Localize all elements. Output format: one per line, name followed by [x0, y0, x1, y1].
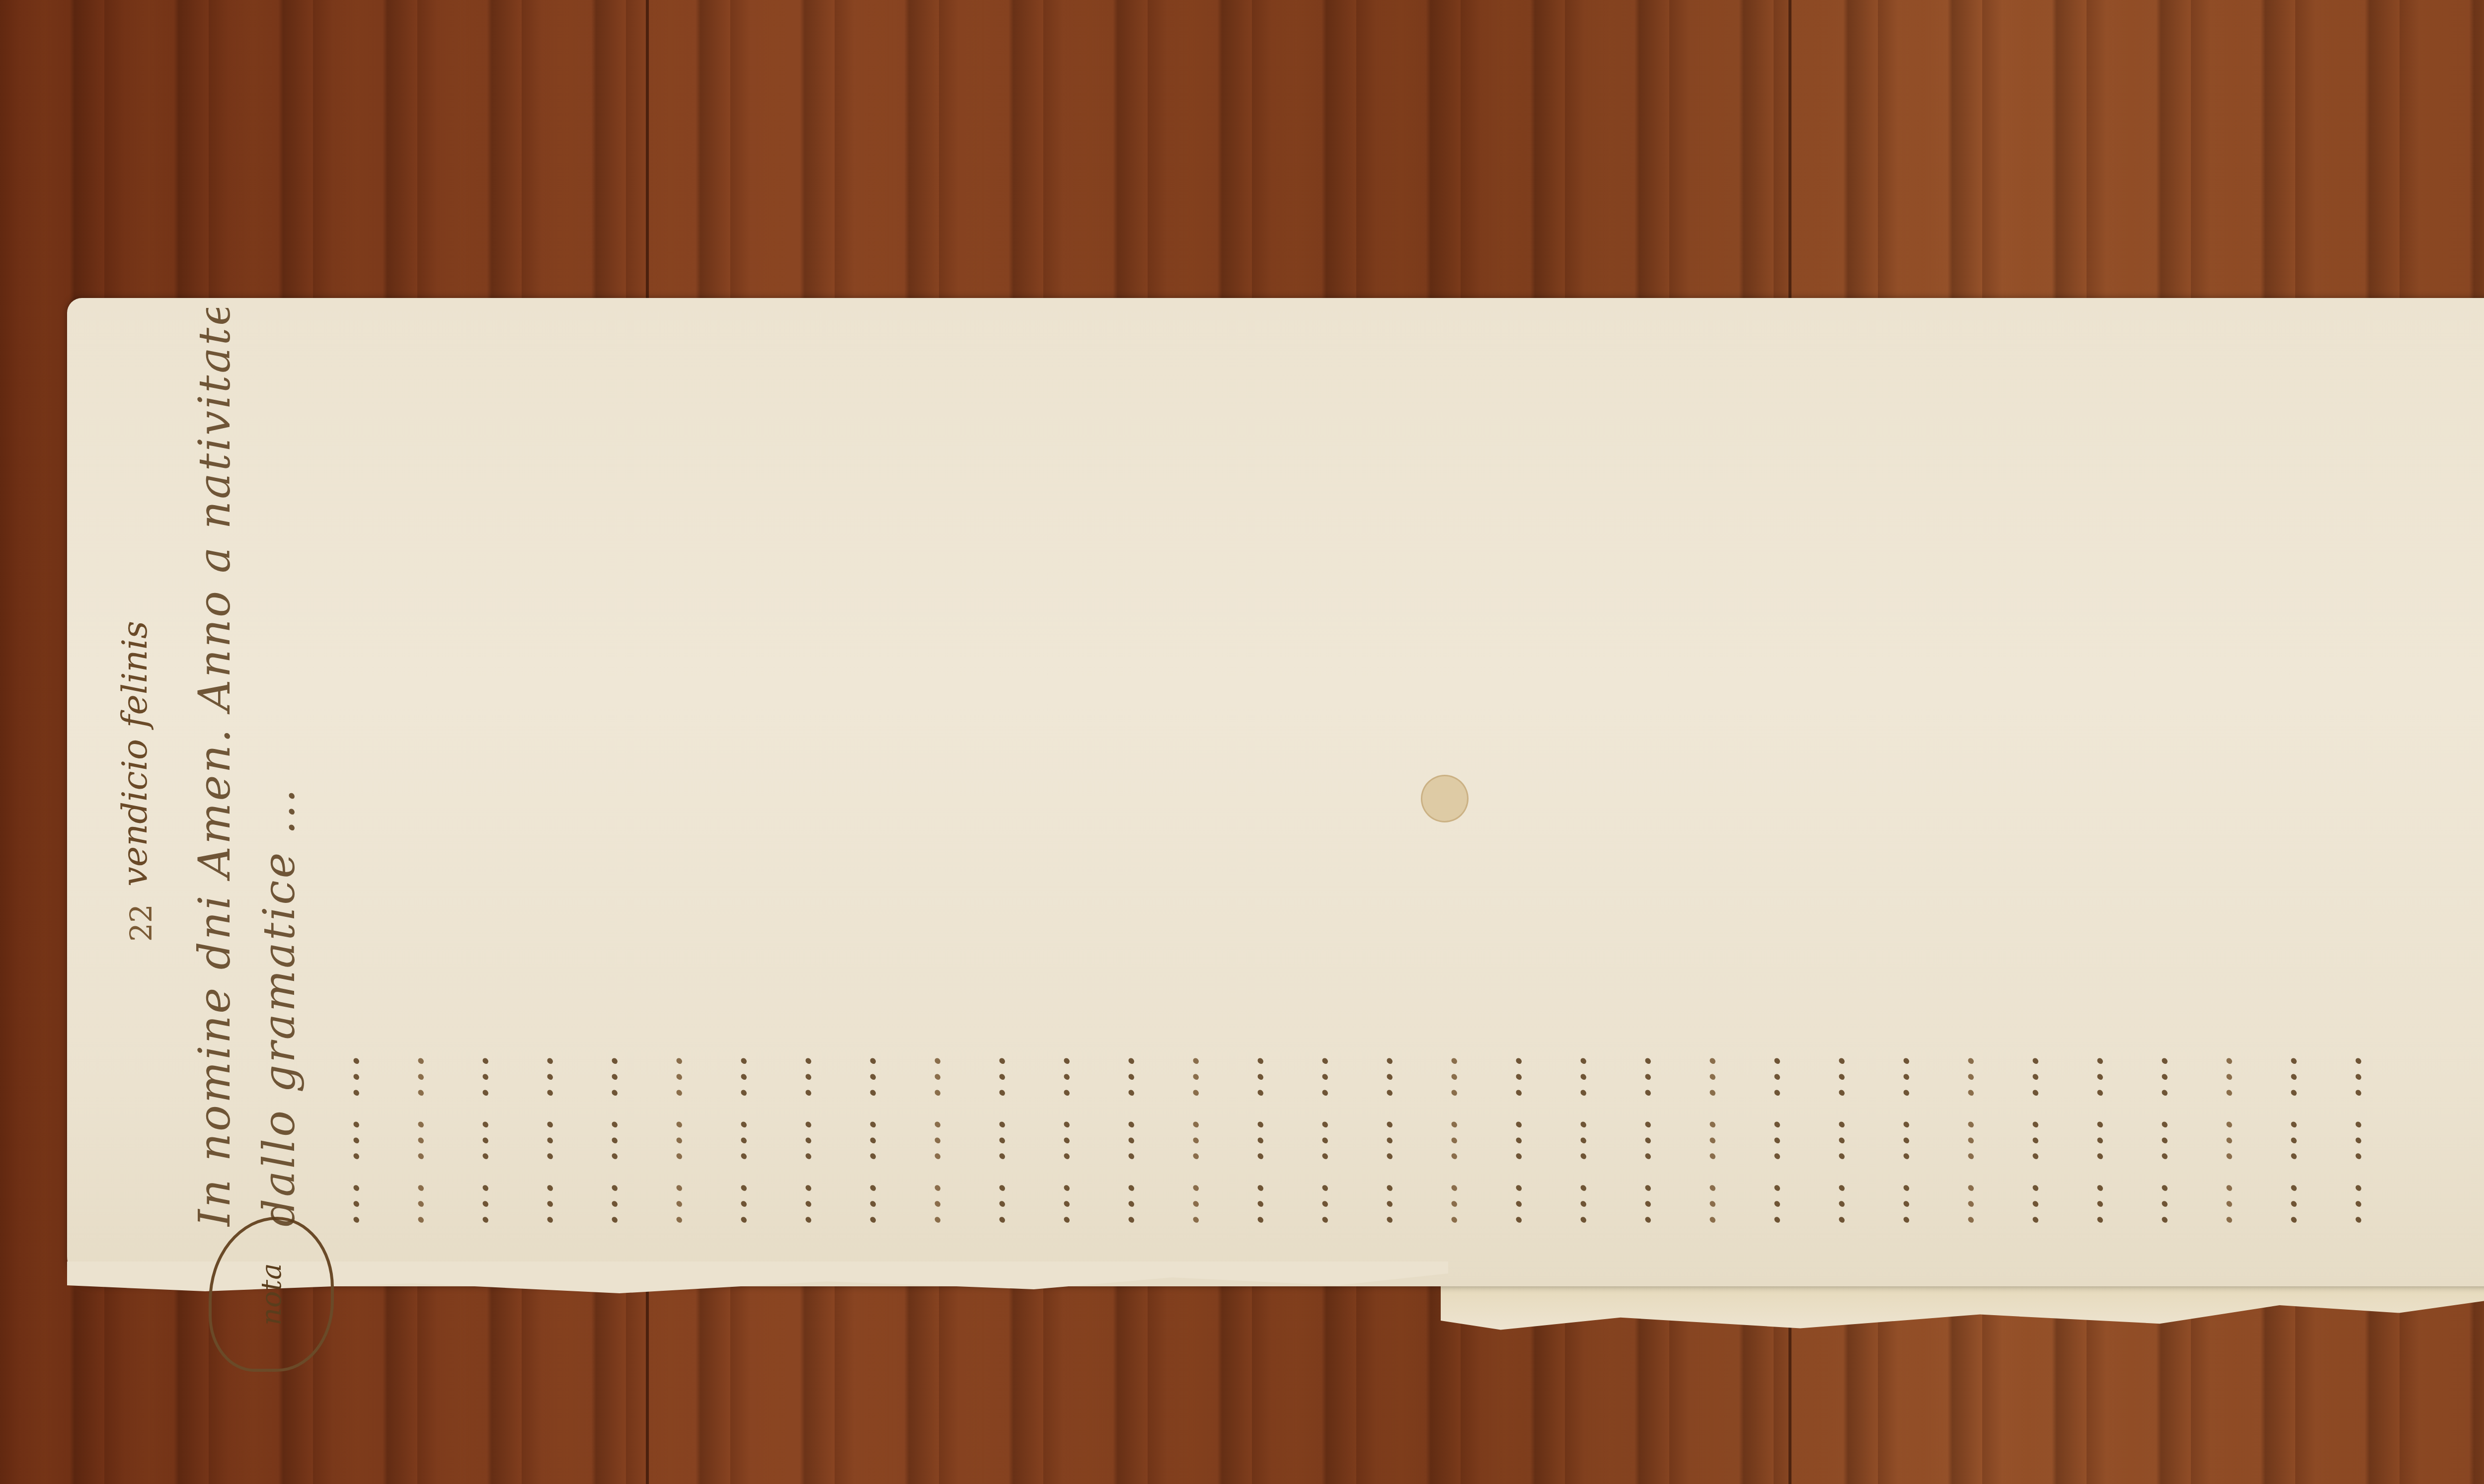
manuscript-text-block: In nomine dni Amen. Anno a nativitate ..… [189, 308, 2484, 1252]
text-line: ... ... ... [705, 308, 770, 1227]
text-line: ... ... ... [1222, 308, 1287, 1227]
text-line: ... ... ... [1674, 308, 1739, 1227]
text-line: ... ... ... [1351, 308, 1416, 1227]
text-line: ... ... ... [1158, 308, 1222, 1227]
text-line: ... ... ... [447, 308, 512, 1227]
text-line: ... ... ... [1610, 308, 1674, 1227]
text-line: ... ... ... [2126, 308, 2191, 1227]
manuscript-heading: vendicio felinis [114, 621, 155, 887]
folio-number: 22 [124, 904, 159, 942]
text-line: ... ... ... [2255, 308, 2320, 1227]
text-line: ... ... ... [1480, 308, 1545, 1227]
text-line: ... ... ... [512, 308, 576, 1227]
text-line: ... ... ... [1739, 308, 1803, 1227]
text-line: ... ... ... [1093, 308, 1158, 1227]
text-line: ... ... ... [1997, 308, 2062, 1227]
text-line: ... ... ... [1028, 308, 1093, 1227]
text-line: ... ... ... [2320, 308, 2385, 1227]
text-line: ... ... ... [383, 308, 447, 1227]
text-line: ... ... ... [835, 308, 899, 1227]
text-line: In nomine dni Amen. Anno a nativitate ..… [189, 308, 253, 1227]
text-line: ... ... ... [1545, 308, 1610, 1227]
text-line: ... ... ... [2062, 308, 2126, 1227]
text-line: ... ... ... [318, 308, 383, 1227]
text-line: ... ... ... [1868, 308, 1933, 1227]
text-line: ... ... ... [1287, 308, 1351, 1227]
text-line: ... ... ... [641, 308, 705, 1227]
text-line: ... ... ... [1803, 308, 1868, 1227]
text-line: ... ... ... [770, 308, 835, 1227]
text-line: ... ... ... [1933, 308, 1997, 1227]
text-line: dallo gramatice ... [253, 308, 318, 1227]
text-line: ... ... ... [964, 308, 1028, 1227]
text-line: ... ... ... [2191, 308, 2255, 1227]
text-line: ... ... ... [899, 308, 964, 1227]
text-line: ... ... ... [576, 308, 641, 1227]
text-line: ... ... ... [1416, 308, 1480, 1227]
